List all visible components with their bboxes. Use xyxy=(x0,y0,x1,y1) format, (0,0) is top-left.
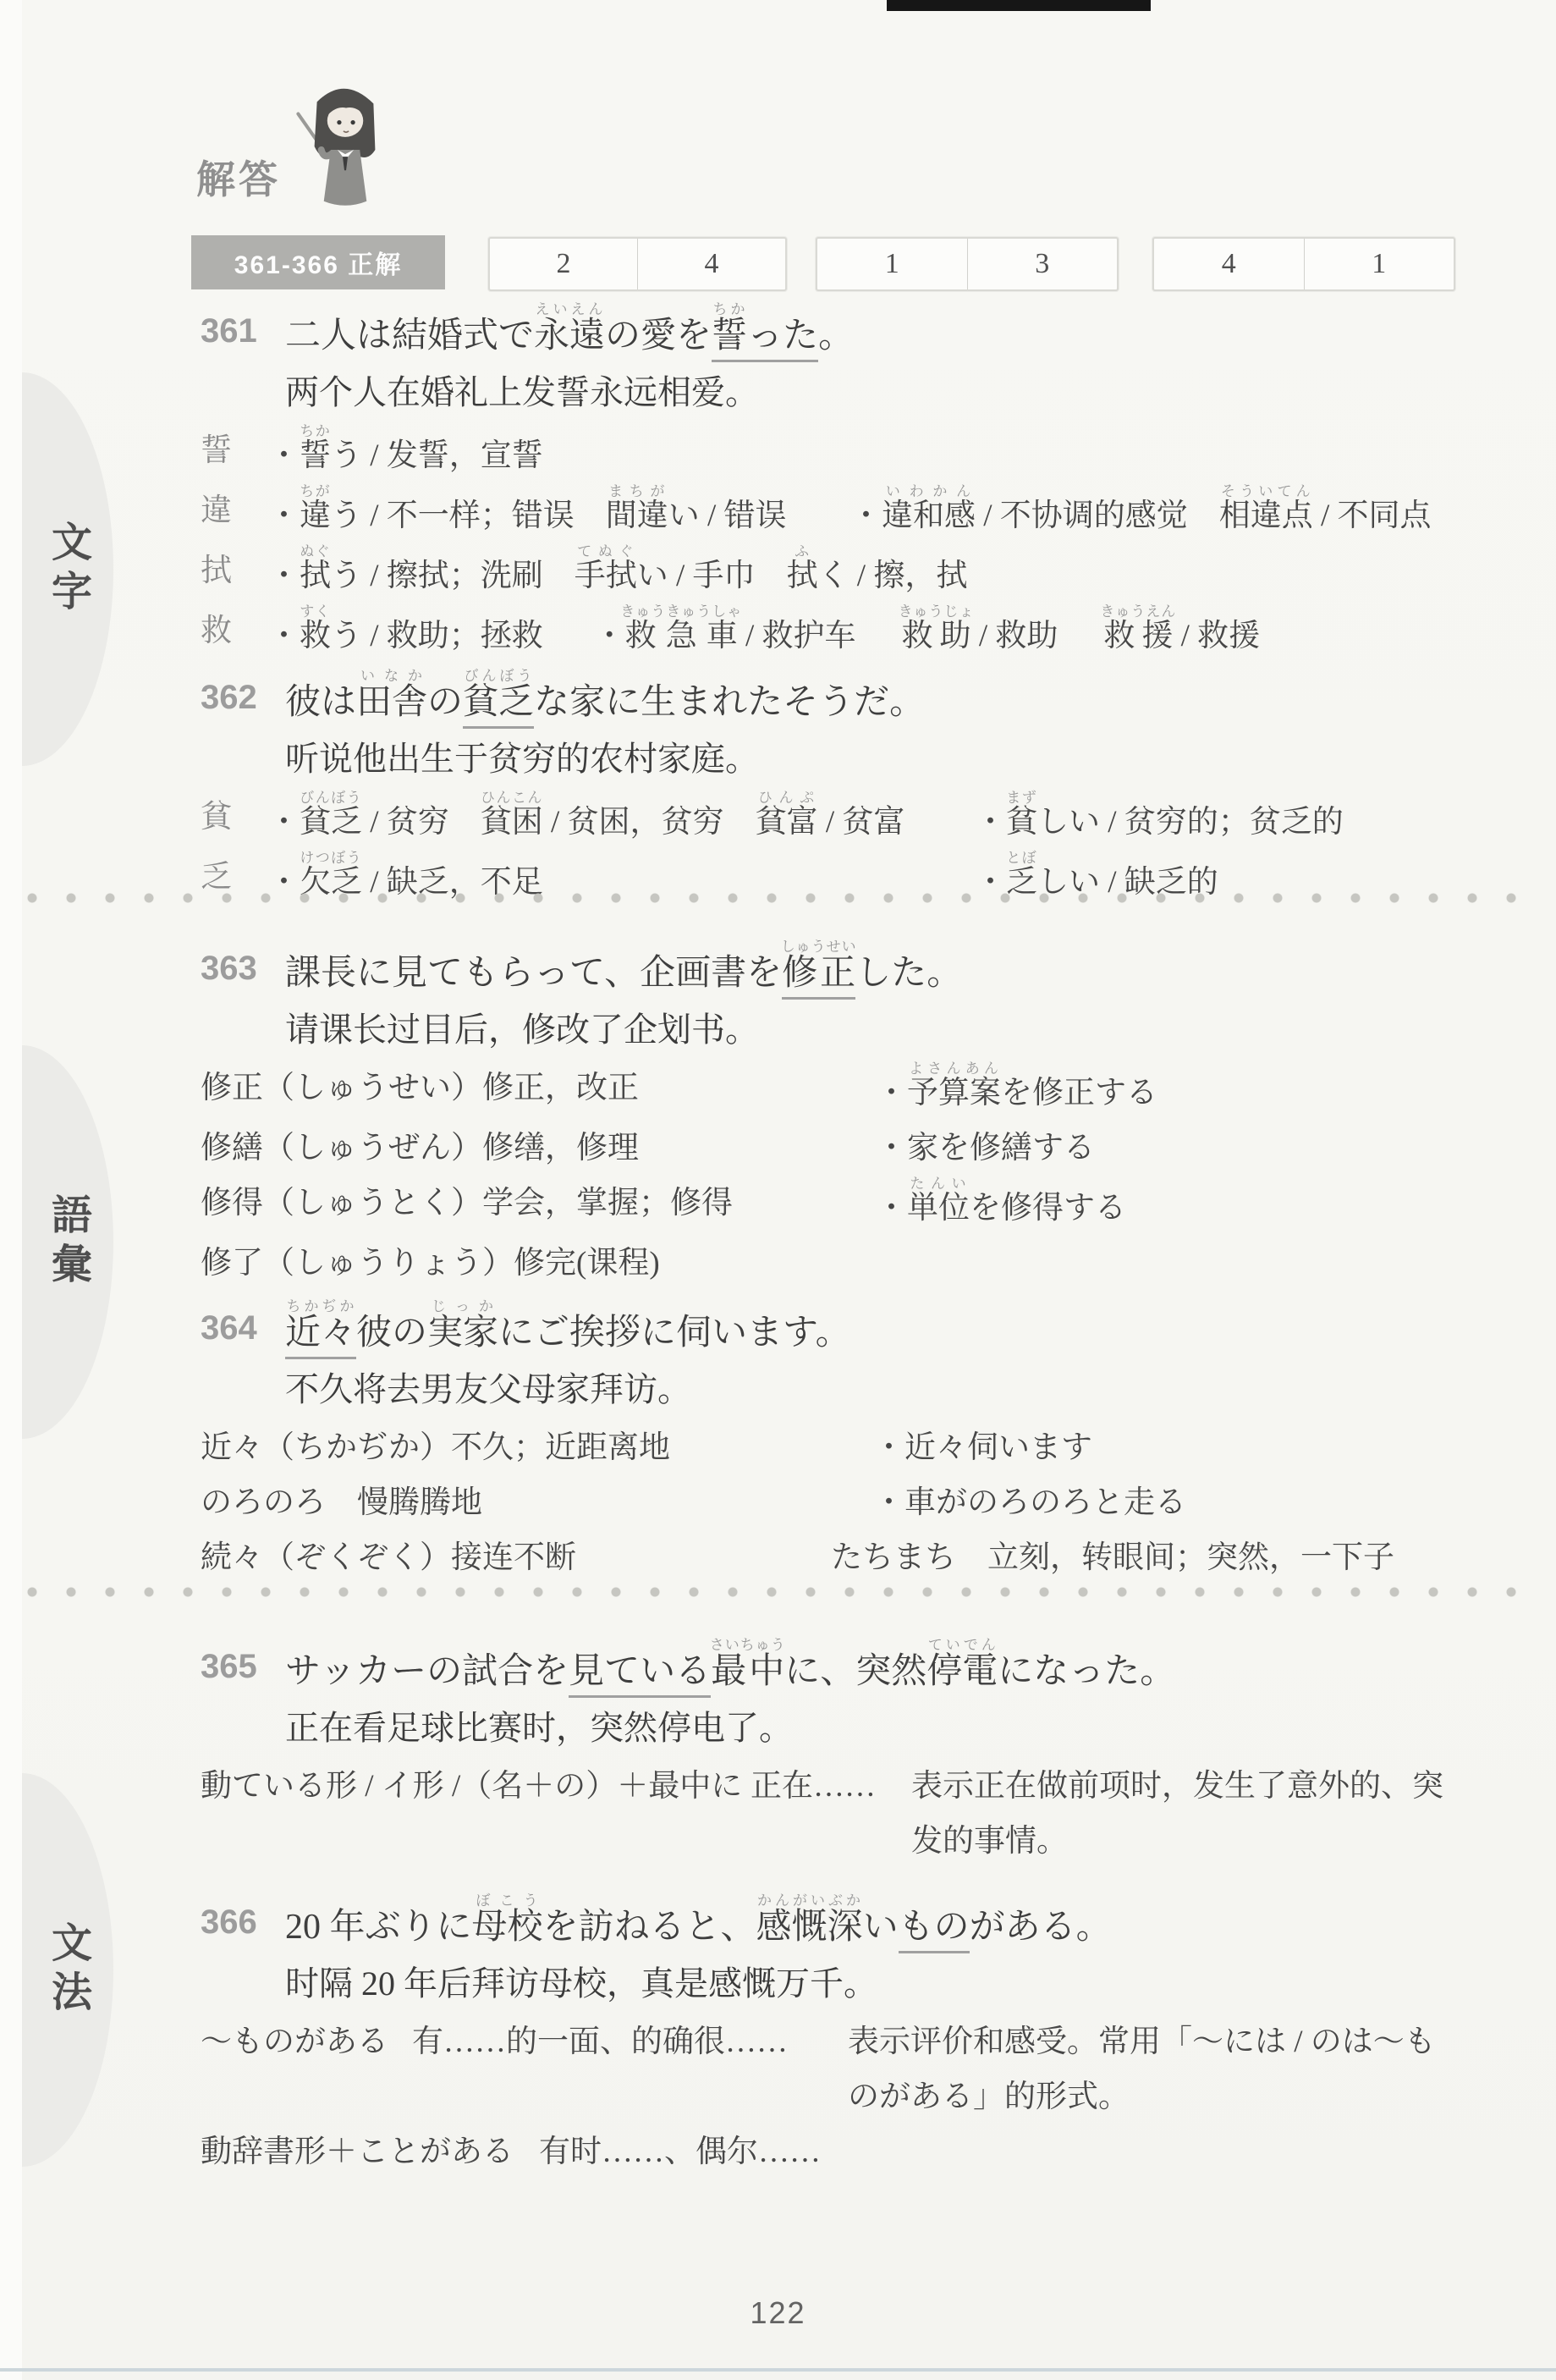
text-cell: ・車がのろのろと走る xyxy=(873,1475,1186,1530)
answer-range-label: 361-366 正解 xyxy=(191,235,445,289)
vocab-row: 貧・貧乏びんぼう / 贫穷 貧困ひんこん / 贫困，贫穷 貧富ひんぷ / 贫富・… xyxy=(201,790,1478,850)
grammar-rows: ～ものがある有……的一面、的确很……表示评价和感受。常用「～には / のは～もの… xyxy=(201,2014,1478,2179)
section-number: 363 xyxy=(201,939,285,998)
text-cell: 有……的一面、的确很…… xyxy=(412,2014,848,2069)
answer-cell: 3 xyxy=(967,239,1118,289)
text-cell: 修得（しゅうとく）学会，掌握；修得 xyxy=(201,1176,876,1231)
answer-box-group: 2 4 xyxy=(488,237,787,291)
grammar-row: 動辞書形＋ことがある有时……、偶尔…… xyxy=(201,2124,1478,2179)
sentence-row: 365 サッカーの試合を見ている最中さいちゅうに、突然停電ていでんになった。 xyxy=(201,1637,1478,1701)
sentence-line: 課長に見てもらって、企画書を修正しゅうせいした。 xyxy=(285,939,1478,1003)
vocab-row: 近々（ちかぢか）不久；近距离地・近々伺います xyxy=(201,1420,1478,1475)
page-title: 解答 xyxy=(196,149,281,205)
text-cell: ・単位たんいを修得する xyxy=(876,1176,1126,1236)
answer-box-group: 1 3 xyxy=(816,237,1119,291)
grammar-rows: 動ている形 / イ形 /（名＋の）＋最中に正在……表示正在做前项时，发生了意外的… xyxy=(201,1759,1478,1869)
sentence-line: 近々ちかぢか彼の実家じっかにご挨拶に伺います。 xyxy=(285,1298,1478,1363)
side-tab-label: 文法 xyxy=(39,1921,97,2019)
section-366: 366 20 年ぶりに母校ぼこうを訪ねると、感慨深かんがいぶかいものがある。 时… xyxy=(201,1892,1478,2179)
section-365: 365 サッカーの試合を見ている最中さいちゅうに、突然停電ていでんになった。 正… xyxy=(201,1637,1478,1869)
text-cell: ・貧まずしい / 贫穷的；贫乏的 xyxy=(975,790,1344,850)
sentence-line: 20 年ぶりに母校ぼこうを訪ねると、感慨深かんがいぶかいものがある。 xyxy=(285,1892,1478,1957)
text-cell: 近々ちかぢか彼の実家じっかにご挨拶に伺います。 xyxy=(285,1298,851,1363)
vocab-rows: 修正（しゅうせい）修正，改正・予算案よさんあんを修正する 修繕（しゅうぜん）修缮… xyxy=(201,1061,1478,1291)
text-cell: ・予算案よさんあんを修正する xyxy=(876,1061,1157,1121)
text-cell: 修正（しゅうせい）修正，改正 xyxy=(201,1061,876,1116)
page-number: 122 xyxy=(0,2295,1556,2331)
translation-line: 两个人在婚礼上发誓永远相爱。 xyxy=(285,371,1478,415)
sentence-line: 二人は結婚式で永遠えいえんの愛を誓ちかった。 xyxy=(285,301,1478,366)
dotted-separator xyxy=(13,1584,1543,1600)
text-cell: ・家を修繕する xyxy=(876,1121,1095,1176)
text-cell: 表示评价和感受。常用「～には / のは～ものがある」的形式。 xyxy=(848,2014,1465,2124)
text-cell: ・近々伺います xyxy=(873,1420,1092,1475)
side-tab-label: 語彙 xyxy=(39,1193,97,1292)
text-cell: のろのろ 慢腾腾地 xyxy=(201,1475,873,1530)
sentence-row: 366 20 年ぶりに母校ぼこうを訪ねると、感慨深かんがいぶかいものがある。 xyxy=(201,1892,1478,1957)
scan-bottom-edge xyxy=(0,2368,1556,2372)
text-cell: 救 xyxy=(201,603,268,658)
section-number: 362 xyxy=(201,668,285,727)
answer-cell: 2 xyxy=(490,239,637,289)
vocab-row: 救・救すくう / 救助；拯救・救急車きゅうきゅうしゃ / 救护车救助きゅうじょ … xyxy=(201,603,1478,664)
vocab-row: 違・違ちがう / 不一样；错误 間違まちがい / 错误・違和感いわかん / 不协… xyxy=(201,483,1478,543)
grammar-row: 動ている形 / イ形 /（名＋の）＋最中に正在……表示正在做前项时，发生了意外的… xyxy=(201,1759,1478,1869)
text-cell: 動辞書形＋ことがある xyxy=(201,2124,539,2179)
translation-line: 时隔 20 年后拜访母校，真是感慨万千。 xyxy=(285,1962,1478,2006)
text-cell: 正在…… xyxy=(751,1759,911,1814)
text-cell: 拭 xyxy=(201,543,268,598)
side-tab-goi: 語彙 xyxy=(22,1045,113,1439)
grammar-row: ～ものがある有……的一面、的确很……表示评价和感受。常用「～には / のは～もの… xyxy=(201,2014,1478,2124)
text-cell: 有时……、偶尔…… xyxy=(539,2124,821,2179)
text-cell: たちまち 立刻，转眼间；突然，一下子 xyxy=(831,1530,1394,1585)
text-cell: 誓 xyxy=(201,423,268,478)
text-cell: 貧 xyxy=(201,790,268,845)
section-number: 365 xyxy=(201,1637,285,1696)
vocab-row: 修繕（しゅうぜん）修缮，修理・家を修繕する xyxy=(201,1121,1478,1176)
text-cell: 近々（ちかぢか）不久；近距离地 xyxy=(201,1420,873,1475)
vocab-row: 拭・拭ぬぐう / 擦拭；洗刷 手拭てぬぐい / 手巾 拭ふく / 擦，拭 xyxy=(201,543,1478,603)
translation-line: 不久将去男友父母家拜访。 xyxy=(285,1368,1478,1412)
text-cell: 二人は結婚式で永遠えいえんの愛を誓ちかった。 xyxy=(285,301,854,366)
sentence-line: 彼は田舎いなかの貧乏びんぼうな家に生まれたそうだ。 xyxy=(285,668,1478,732)
answer-box-group: 4 1 xyxy=(1152,237,1455,291)
vocab-row: 修了（しゅうりょう）修完(课程) xyxy=(201,1236,1478,1291)
translation-line: 听说他出生于贫穷的农村家庭。 xyxy=(285,737,1478,781)
text-cell: 続々（ぞくぞく）接连不断 xyxy=(201,1530,831,1585)
text-cell: ・拭ぬぐう / 擦拭；洗刷 手拭てぬぐい / 手巾 拭ふく / 擦，拭 xyxy=(268,543,967,603)
text-cell: 修了（しゅうりょう）修完(课程) xyxy=(201,1236,660,1291)
girl-illustration-icon xyxy=(293,71,396,225)
vocab-row: 続々（ぞくぞく）接连不断たちまち 立刻，转眼间；突然，一下子 xyxy=(201,1530,1478,1585)
text-cell: ・誓ちかう / 发誓，宣誓 xyxy=(268,423,543,483)
answer-cell: 1 xyxy=(817,239,967,289)
text-cell: ～ものがある xyxy=(201,2014,412,2069)
vocab-rows: 誓・誓ちかう / 发誓，宣誓 違・違ちがう / 不一样；错误 間違まちがい / … xyxy=(201,423,1478,664)
sentence-row: 363 課長に見てもらって、企画書を修正しゅうせいした。 xyxy=(201,939,1478,1003)
scan-left-margin xyxy=(0,0,22,2380)
side-tab-moji: 文字 xyxy=(22,372,113,766)
text-cell: 動ている形 / イ形 /（名＋の）＋最中に xyxy=(201,1759,751,1814)
text-cell: 表示正在做前项时，发生了意外的、突发的事情。 xyxy=(911,1759,1453,1869)
section-361: 361 二人は結婚式で永遠えいえんの愛を誓ちかった。 两个人在婚礼上发誓永远相爱… xyxy=(201,301,1478,664)
text-cell: 彼は田舎いなかの貧乏びんぼうな家に生まれたそうだ。 xyxy=(285,668,925,732)
sentence-row: 361 二人は結婚式で永遠えいえんの愛を誓ちかった。 xyxy=(201,301,1478,366)
vocab-row: 誓・誓ちかう / 发誓，宣誓 xyxy=(201,423,1478,483)
scan-artifact-strip xyxy=(887,0,1151,11)
sentence-row: 362 彼は田舎いなかの貧乏びんぼうな家に生まれたそうだ。 xyxy=(201,668,1478,732)
section-number: 361 xyxy=(201,301,285,361)
vocab-row: 修得（しゅうとく）学会，掌握；修得・単位たんいを修得する xyxy=(201,1176,1478,1236)
translation-line: 请课长过目后，修改了企划书。 xyxy=(285,1008,1478,1052)
text-cell: サッカーの試合を見ている最中さいちゅうに、突然停電ていでんになった。 xyxy=(285,1637,1175,1701)
side-tab-label: 文字 xyxy=(39,521,97,619)
text-cell: 違 xyxy=(201,483,268,538)
text-cell: 課長に見てもらって、企画書を修正しゅうせいした。 xyxy=(285,939,962,1003)
text-cell: ・違ちがう / 不一样；错误 間違まちがい / 错误 xyxy=(268,483,850,543)
textbook-answer-page: { "page": { "title": "解答", "page_number"… xyxy=(0,0,1556,2380)
section-364: 364 近々ちかぢか彼の実家じっかにご挨拶に伺います。 不久将去男友父母家拜访。… xyxy=(201,1298,1478,1585)
teacher-girl-illustration xyxy=(293,71,396,225)
side-tab-bunpo: 文法 xyxy=(22,1773,113,2167)
text-cell: ・違和感いわかん / 不协调的感觉 相違点そういてん / 不同点 xyxy=(850,483,1432,543)
text-cell: 修繕（しゅうぜん）修缮，修理 xyxy=(201,1121,876,1176)
text-cell: 20 年ぶりに母校ぼこうを訪ねると、感慨深かんがいぶかいものがある。 xyxy=(285,1892,1112,1957)
answer-cell: 4 xyxy=(1154,239,1304,289)
answer-cell: 1 xyxy=(1304,239,1454,289)
section-363: 363 課長に見てもらって、企画書を修正しゅうせいした。 请课长过目后，修改了企… xyxy=(201,939,1478,1291)
text-cell: ・救すくう / 救助；拯救・救急車きゅうきゅうしゃ / 救护车救助きゅうじょ /… xyxy=(268,603,1260,664)
section-362: 362 彼は田舎いなかの貧乏びんぼうな家に生まれたそうだ。 听说他出生于贫穷的农… xyxy=(201,668,1478,910)
vocab-rows: 近々（ちかぢか）不久；近距离地・近々伺います のろのろ 慢腾腾地・車がのろのろと… xyxy=(201,1420,1478,1585)
section-number: 366 xyxy=(201,1892,285,1952)
text-cell: ・貧乏びんぼう / 贫穷 貧困ひんこん / 贫困，贫穷 貧富ひんぷ / 贫富 xyxy=(268,790,975,850)
translation-line: 正在看足球比赛时，突然停电了。 xyxy=(285,1706,1478,1750)
vocab-row: のろのろ 慢腾腾地・車がのろのろと走る xyxy=(201,1475,1478,1530)
vocab-row: 修正（しゅうせい）修正，改正・予算案よさんあんを修正する xyxy=(201,1061,1478,1121)
dotted-separator xyxy=(13,890,1543,906)
answer-cell: 4 xyxy=(637,239,785,289)
section-number: 364 xyxy=(201,1298,285,1358)
sentence-row: 364 近々ちかぢか彼の実家じっかにご挨拶に伺います。 xyxy=(201,1298,1478,1363)
sentence-line: サッカーの試合を見ている最中さいちゅうに、突然停電ていでんになった。 xyxy=(285,1637,1478,1701)
